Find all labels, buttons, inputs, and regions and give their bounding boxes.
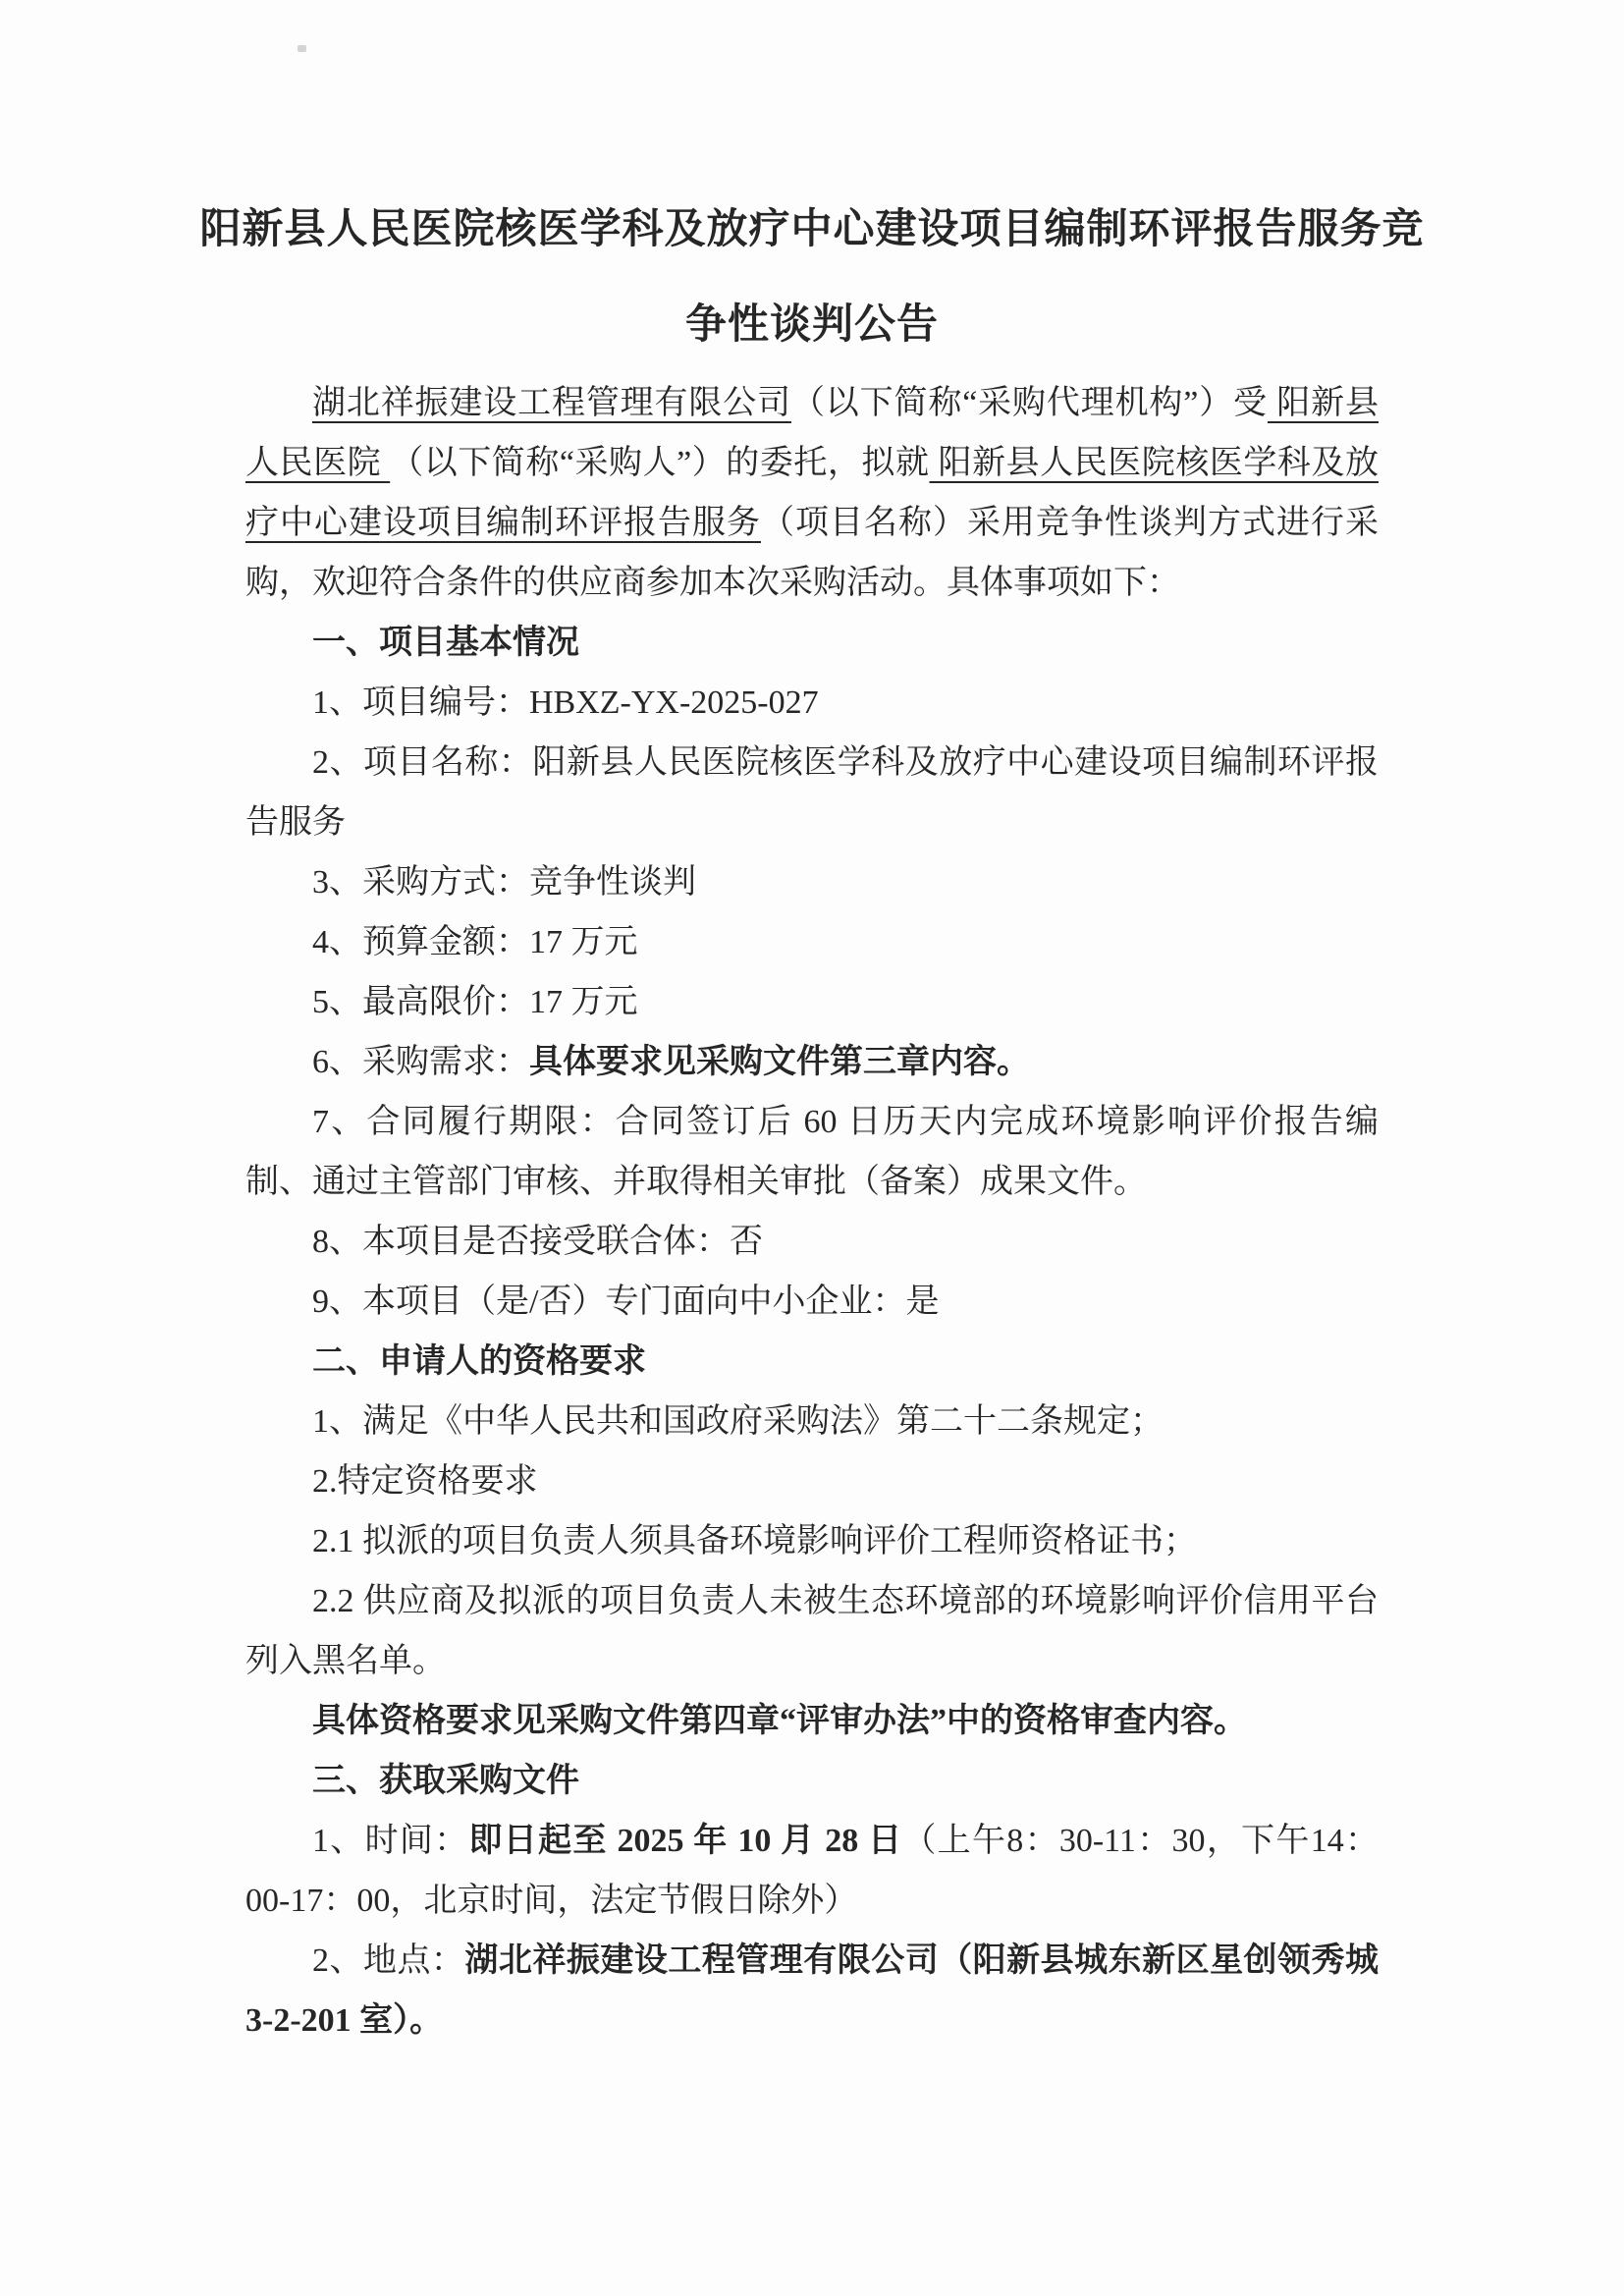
page-title: 阳新县人民医院核医学科及放疗中心建设项目编制环评报告服务竞 争性谈判公告 xyxy=(0,0,1624,373)
section-item: 4、预算金额：17 万元 xyxy=(245,912,1379,972)
text-segment: 即日起至 2025 年 10 月 28 日 xyxy=(469,1823,903,1859)
section-heading: 三、获取采购文件 xyxy=(245,1751,1379,1811)
text-segment: 具体资格要求见采购文件第四章“评审办法”中的资格审查内容。 xyxy=(312,1703,1247,1739)
scan-artifact xyxy=(298,45,306,52)
text-segment: 湖北祥振建设工程管理有限公司 xyxy=(312,385,791,421)
page-title-line-1: 阳新县人民医院核医学科及放疗中心建设项目编制环评报告服务竞 xyxy=(177,183,1447,278)
text-segment: （以下简称“采购代理机构”）受 xyxy=(791,385,1268,421)
text-segment: 5、最高限价：17 万元 xyxy=(312,984,638,1020)
document-body: 湖北祥振建设工程管理有限公司（以下简称“采购代理机构”）受 阳新县人民医院 （以… xyxy=(0,373,1624,2050)
text-segment: 1、项目编号：HBXZ-YX-2025-027 xyxy=(312,684,819,721)
section-item: 3、采购方式：竞争性谈判 xyxy=(245,852,1379,912)
section-item: 5、最高限价：17 万元 xyxy=(245,972,1379,1032)
text-segment: （以下简称“采购人”）的委托，拟就 xyxy=(390,445,929,481)
text-segment: 2、项目名称：阳新县人民医院核医学科及放疗中心建设项目编制环评报告服务 xyxy=(245,744,1379,841)
text-segment: 2.特定资格要求 xyxy=(312,1463,538,1500)
text-segment: 具体要求见采购文件第三章内容。 xyxy=(529,1044,1030,1080)
section-item: 2、项目名称：阳新县人民医院核医学科及放疗中心建设项目编制环评报告服务 xyxy=(245,733,1379,852)
section-item: 1、时间：即日起至 2025 年 10 月 28 日（上午8：30-11：30，… xyxy=(245,1811,1379,1931)
text-segment: 1、满足《中华人民共和国政府采购法》第二十二条规定； xyxy=(312,1403,1164,1440)
section-item: 9、本项目（是/否）专门面向中小企业：是 xyxy=(245,1272,1379,1332)
text-segment: 3、采购方式：竞争性谈判 xyxy=(312,864,696,901)
text-segment: 8、本项目是否接受联合体：否 xyxy=(312,1224,763,1260)
section-item: 8、本项目是否接受联合体：否 xyxy=(245,1212,1379,1272)
section-item: 6、采购需求：具体要求见采购文件第三章内容。 xyxy=(245,1032,1379,1092)
section-item: 2、地点：湖北祥振建设工程管理有限公司（阳新县城东新区星创领秀城 3-2-201… xyxy=(245,1931,1379,2050)
text-segment: 4、预算金额：17 万元 xyxy=(312,924,638,960)
intro-paragraph: 湖北祥振建设工程管理有限公司（以下简称“采购代理机构”）受 阳新县人民医院 （以… xyxy=(245,373,1379,613)
section-heading: 一、项目基本情况 xyxy=(245,613,1379,673)
text-segment: 7、合同履行期限：合同签订后 60 日历天内完成环境影响评价报告编制、通过主管部… xyxy=(245,1104,1379,1200)
section-item: 具体资格要求见采购文件第四章“评审办法”中的资格审查内容。 xyxy=(245,1691,1379,1751)
text-segment: 2、地点： xyxy=(312,1942,464,1979)
text-segment: 1、时间： xyxy=(312,1823,469,1859)
section-item: 7、合同履行期限：合同签订后 60 日历天内完成环境影响评价报告编制、通过主管部… xyxy=(245,1092,1379,1212)
sections: 一、项目基本情况1、项目编号：HBXZ-YX-2025-0272、项目名称：阳新… xyxy=(245,613,1379,2050)
section-item: 1、满足《中华人民共和国政府采购法》第二十二条规定； xyxy=(245,1392,1379,1451)
text-segment: 6、采购需求： xyxy=(312,1044,529,1080)
document-page: 阳新县人民医院核医学科及放疗中心建设项目编制环评报告服务竞 争性谈判公告 湖北祥… xyxy=(0,0,1624,2296)
section-item: 1、项目编号：HBXZ-YX-2025-027 xyxy=(245,673,1379,733)
text-segment: 2.1 拟派的项目负责人须具备环境影响评价工程师资格证书； xyxy=(312,1523,1197,1559)
text-segment: 2.2 供应商及拟派的项目负责人未被生态环境部的环境影响评价信用平台列入黑名单。 xyxy=(245,1583,1379,1679)
section-heading: 二、申请人的资格要求 xyxy=(245,1332,1379,1392)
section-item: 2.1 拟派的项目负责人须具备环境影响评价工程师资格证书； xyxy=(245,1511,1379,1571)
text-segment: 9、本项目（是/否）专门面向中小企业：是 xyxy=(312,1284,939,1320)
section-item: 2.2 供应商及拟派的项目负责人未被生态环境部的环境影响评价信用平台列入黑名单。 xyxy=(245,1571,1379,1691)
page-title-line-2: 争性谈判公告 xyxy=(177,278,1447,373)
section-item: 2.特定资格要求 xyxy=(245,1451,1379,1511)
